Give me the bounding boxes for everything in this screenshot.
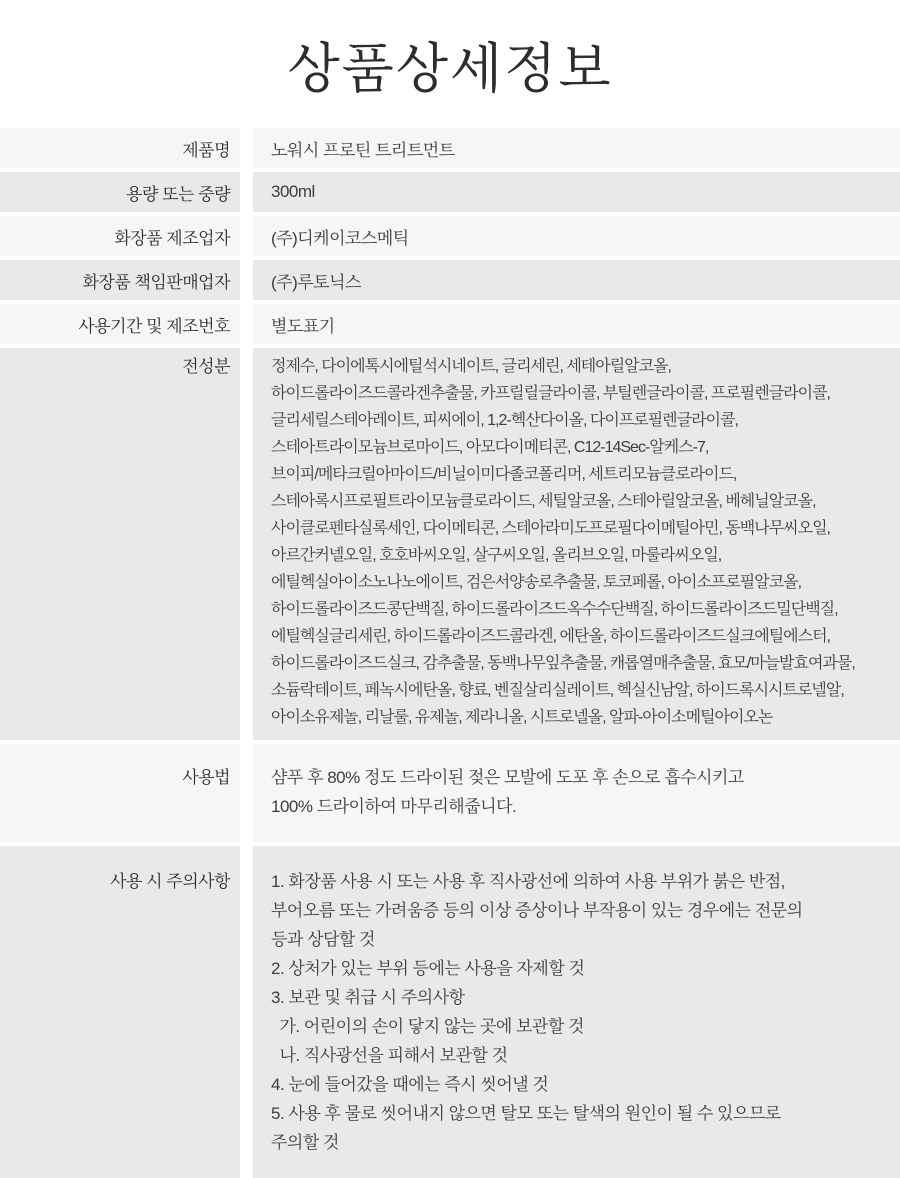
- row-value: 300ml: [253, 172, 900, 212]
- row-value: 정제수, 다이에톡시에틸석시네이트, 글리세린, 세테아릴알코올, 하이드롤라이…: [253, 348, 900, 740]
- row-label: 사용 시 주의사항: [0, 846, 240, 1178]
- row-label: 사용법: [0, 744, 240, 842]
- table-row-manufacturer: 화장품 제조업자 (주)디케이코스메틱: [0, 216, 900, 256]
- row-value: (주)디케이코스메틱: [253, 216, 900, 256]
- page-title: 상품상세정보: [288, 26, 613, 103]
- table-row-caution: 사용 시 주의사항 1. 화장품 사용 시 또는 사용 후 직사광선에 의하여 …: [0, 846, 900, 1178]
- row-label: 전성분: [0, 348, 240, 740]
- page-header: 상품상세정보: [0, 0, 900, 128]
- row-label: 사용기간 및 제조번호: [0, 304, 240, 344]
- row-value: 샴푸 후 80% 정도 드라이된 젖은 모발에 도포 후 손으로 흡수시키고 1…: [253, 744, 900, 842]
- row-value: (주)루토닉스: [253, 260, 900, 300]
- table-row-volume: 용량 또는 중량 300ml: [0, 172, 900, 212]
- row-label: 화장품 제조업자: [0, 216, 240, 256]
- row-label: 용량 또는 중량: [0, 172, 240, 212]
- product-detail-table: 제품명 노워시 프로틴 트리트먼트 용량 또는 중량 300ml 화장품 제조업…: [0, 128, 900, 1178]
- row-label: 제품명: [0, 128, 240, 168]
- table-row-expiry: 사용기간 및 제조번호 별도표기: [0, 304, 900, 344]
- table-row-product-name: 제품명 노워시 프로틴 트리트먼트: [0, 128, 900, 168]
- row-value: 노워시 프로틴 트리트먼트: [253, 128, 900, 168]
- row-value: 별도표기: [253, 304, 900, 344]
- table-row-ingredients: 전성분 정제수, 다이에톡시에틸석시네이트, 글리세린, 세테아릴알코올, 하이…: [0, 348, 900, 740]
- row-label: 화장품 책임판매업자: [0, 260, 240, 300]
- row-value: 1. 화장품 사용 시 또는 사용 후 직사광선에 의하여 사용 부위가 붉은 …: [253, 846, 900, 1178]
- table-row-seller: 화장품 책임판매업자 (주)루토닉스: [0, 260, 900, 300]
- table-row-usage: 사용법 샴푸 후 80% 정도 드라이된 젖은 모발에 도포 후 손으로 흡수시…: [0, 744, 900, 842]
